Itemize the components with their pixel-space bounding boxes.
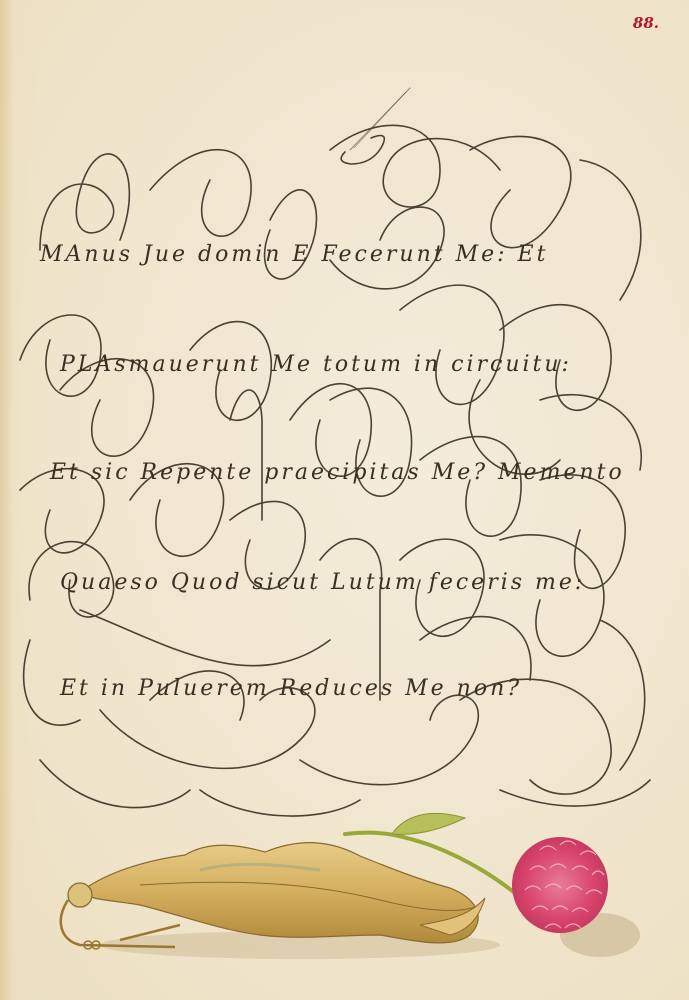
manuscript-page: 88.	[0, 0, 689, 1000]
bean-pod	[61, 843, 485, 949]
botanical-illustrations	[0, 0, 689, 1000]
